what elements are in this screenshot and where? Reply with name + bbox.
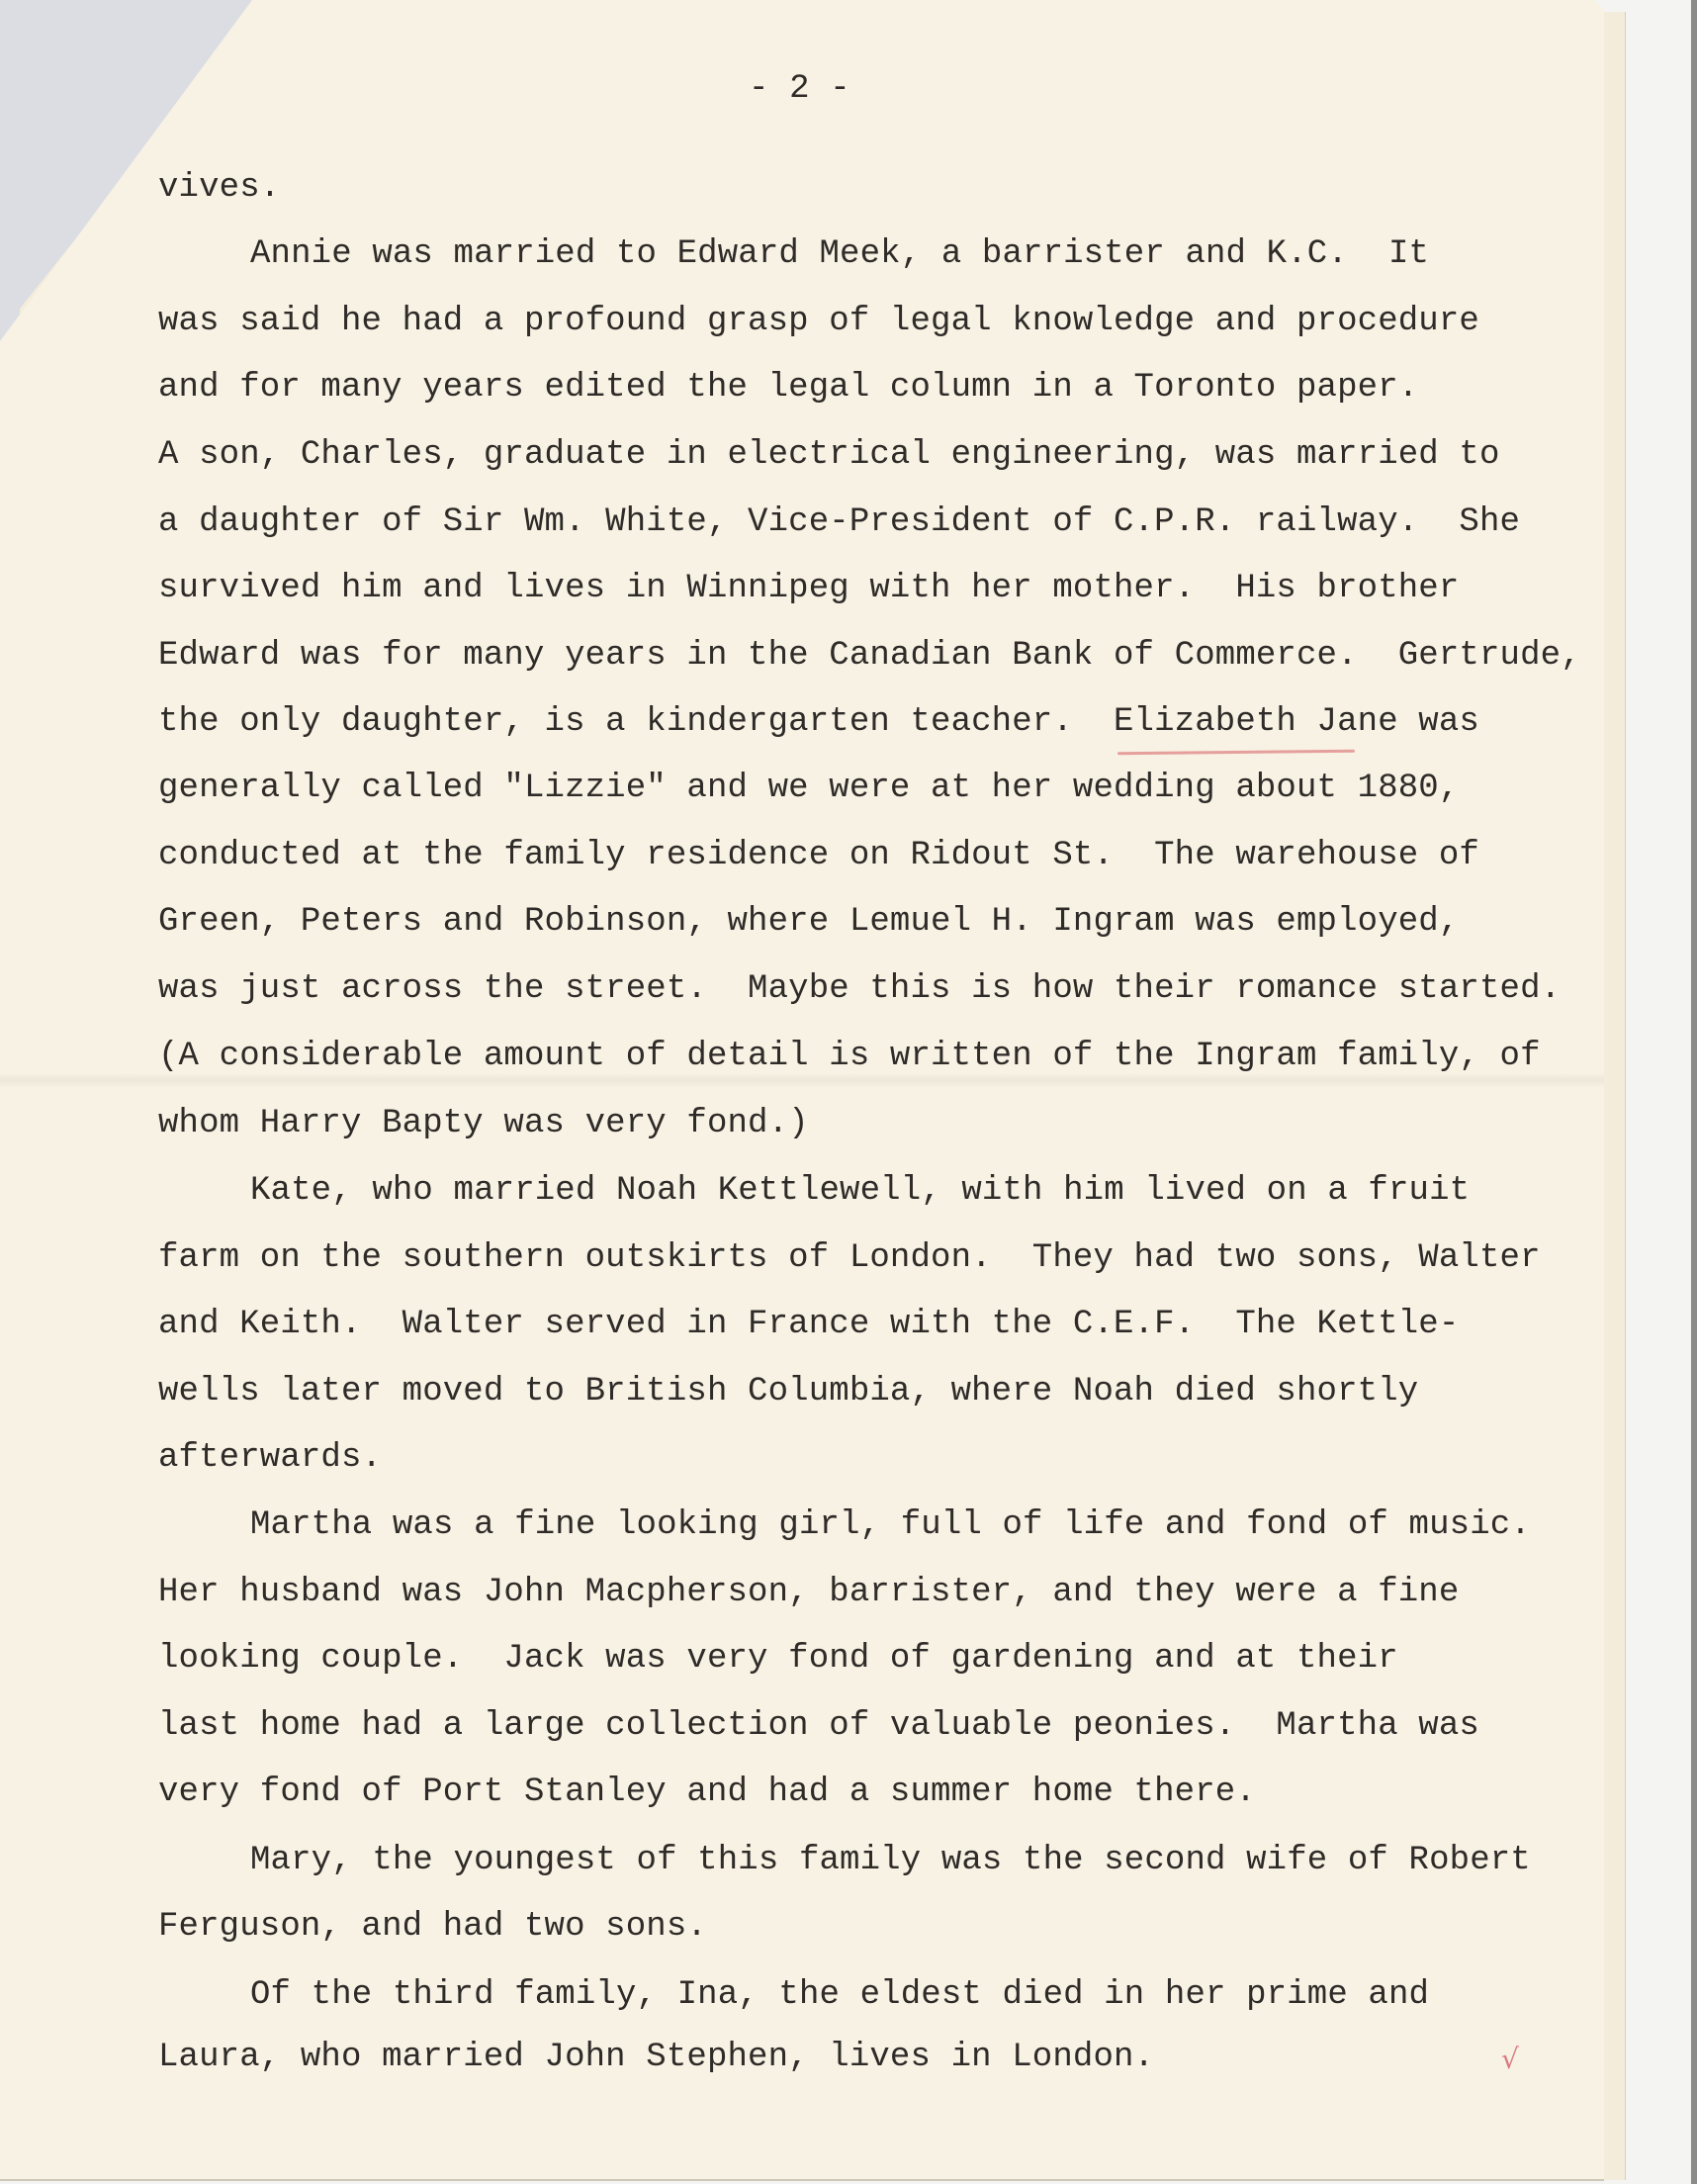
- text-line: whom Harry Bapty was very fond.): [158, 1104, 809, 1143]
- red-check-mark: √: [1501, 2043, 1519, 2075]
- text-line: conducted at the family residence on Rid…: [158, 836, 1479, 875]
- text-line: Mary, the youngest of this family was th…: [250, 1841, 1531, 1880]
- text-line: (A considerable amount of detail is writ…: [158, 1037, 1541, 1076]
- text-line: generally called "Lizzie" and we were at…: [158, 769, 1459, 808]
- text-line: Edward was for many years in the Canadia…: [158, 636, 1581, 676]
- text-line: Of the third family, Ina, the eldest die…: [250, 1975, 1429, 2015]
- red-pencil-underline: [1117, 750, 1355, 756]
- text-line: wells later moved to British Columbia, w…: [158, 1372, 1418, 1411]
- text-line: Martha was a fine looking girl, full of …: [250, 1505, 1531, 1545]
- text-line: was just across the street. Maybe this i…: [158, 969, 1561, 1009]
- page-number: - 2 -: [749, 69, 850, 109]
- text-line: last home had a large collection of valu…: [158, 1706, 1479, 1746]
- text-line: a daughter of Sir Wm. White, Vice-Presid…: [158, 502, 1520, 542]
- text-line: vives.: [158, 168, 280, 208]
- text-line: the only daughter, is a kindergarten tea…: [158, 702, 1479, 742]
- text-line: Laura, who married John Stephen, lives i…: [158, 2038, 1154, 2077]
- text-line: was said he had a profound grasp of lega…: [158, 302, 1479, 341]
- text-line: farm on the southern outskirts of London…: [158, 1238, 1541, 1278]
- text-line: Ferguson, and had two sons.: [158, 1907, 707, 1947]
- text-line: very fond of Port Stanley and had a summ…: [158, 1773, 1256, 1812]
- text-line: Her husband was John Macpherson, barrist…: [158, 1573, 1459, 1612]
- text-line: and for many years edited the legal colu…: [158, 368, 1418, 408]
- text-line: looking couple. Jack was very fond of ga…: [158, 1639, 1398, 1679]
- text-line: survived him and lives in Winnipeg with …: [158, 569, 1459, 608]
- typewritten-page: - 2 - vives. Annie was married to Edward…: [0, 0, 1604, 2181]
- text-line: Annie was married to Edward Meek, a barr…: [250, 234, 1429, 274]
- text-line: afterwards.: [158, 1438, 382, 1478]
- text-line: Green, Peters and Robinson, where Lemuel…: [158, 902, 1459, 942]
- text-line: Kate, who married Noah Kettlewell, with …: [250, 1171, 1470, 1211]
- scanner-edge: [1691, 0, 1697, 2184]
- text-line: A son, Charles, graduate in electrical e…: [158, 435, 1500, 475]
- text-line: and Keith. Walter served in France with …: [158, 1305, 1459, 1344]
